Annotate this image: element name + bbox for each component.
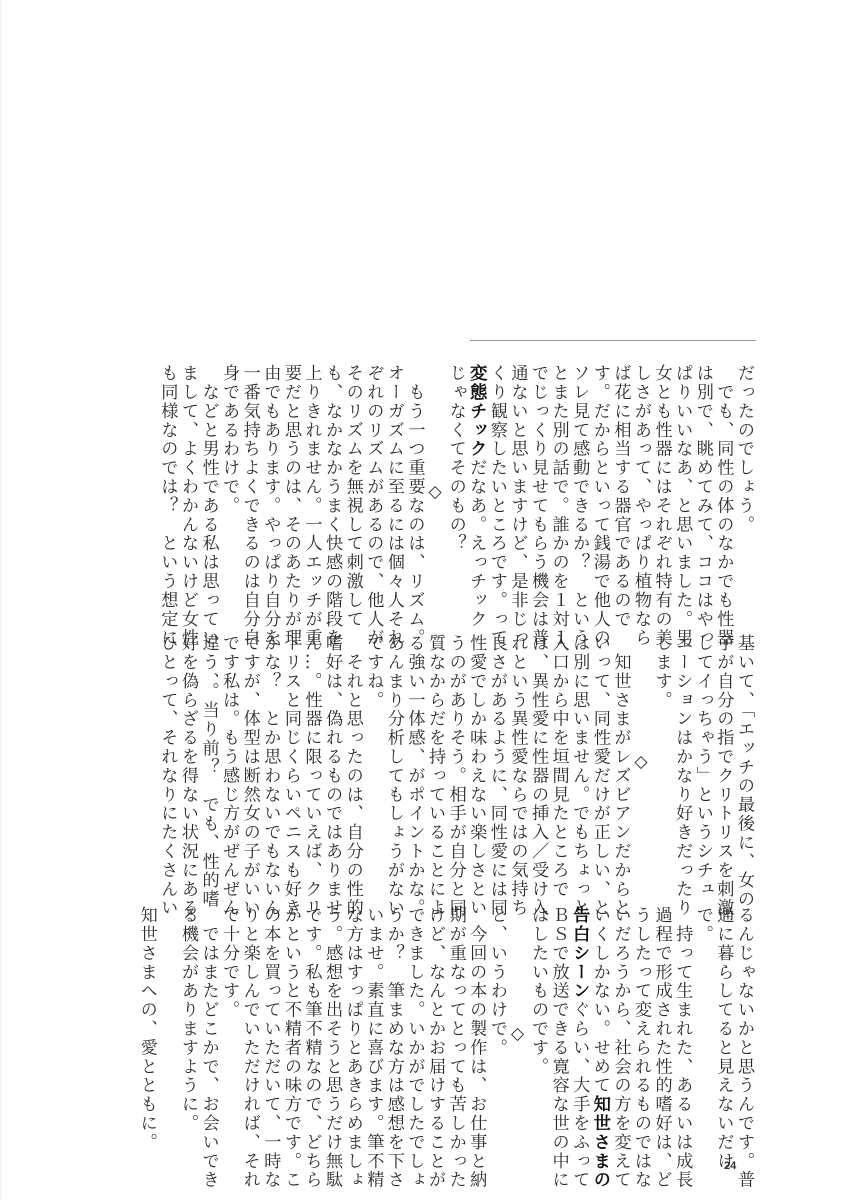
text-column: 身であるわけで。 [219,364,240,604]
column-text: 知世さまへの、愛とともに。 [137,906,157,1152]
text-column: エーションはかなり好きだったり [672,634,693,874]
text-column: 通ないと思いますけど、是非じっ [507,364,528,604]
column-text: りと楽しんでいただければ、それ [240,906,260,1190]
column-text: で十分です。 [219,906,239,1019]
text-column: とまた別の話で。誰かのを１対１ [548,364,569,604]
text-column: 告白シーンぐらい、大手をふって [569,906,590,1146]
text-column: 子が自分の指でクリトリスを刺激 [713,634,734,874]
column-text: できました。いかがでしたでしょ [405,906,425,1190]
text-column: は別に思いません。でもちょっと [569,634,590,874]
text-column: まして、よくわかんないけど女性 [177,364,198,604]
column-text: も、なかなかうまく快感の階段を [322,364,342,648]
column-text: します。 [652,634,672,710]
text-column: 期が重なってとっても苦しかった [445,906,466,1146]
page-number: 24 [724,1160,736,1172]
column-text: ですね。 [363,634,383,710]
column-text: くり観察したいところです。って [487,364,507,648]
text-column: けど、なんとかお届けすることが [425,906,446,1146]
text-column: う。感想を出そうと思うだけ無駄 [322,906,343,1146]
column-text: る機会がありますように。 [178,906,198,1133]
text-column: オーガズムに至るには個々人それ [383,364,404,604]
text-column: ですが、体型は断然女の子がいい [239,634,260,874]
text-column: 良さがあるように、同性愛には同 [486,634,507,874]
column-text: ひとって、それなりにたくさんい [157,634,177,918]
text-column: はしたいものです。 [527,906,548,1146]
column-text: は別に思いません。でもちょっと [569,634,589,918]
text-column: 好を偽らざるを得ない状況にある [177,634,198,874]
column-text: 通に暮らしてると見えないだけ [713,906,733,1171]
text-column: 一番気持ちよくできるのは自分自 [239,364,260,604]
text-column: も同様なのでは？ という想定に [157,364,178,604]
text-column: 持って生まれた、あるいは成長 [672,906,693,1146]
text-column: 質なからだを持っていることによ [425,634,446,874]
text-column: いくしかない。せめて知世さまの [589,906,610,1146]
column-text: でも、同性の体のなかでも性器 [713,364,733,648]
emphasis-text: 告白シーン [569,906,589,1001]
column-text: 女とも性器にはそれぞれ特有の美 [652,364,672,648]
text-column: いって、同性愛だけが正しい、と [589,634,610,874]
text-column: あんまり分析してもしょうがない [383,634,404,874]
text-column: うしたって変えられるものではな [630,906,651,1146]
column-text: ぐらい、大手をふって [569,1001,589,1190]
column-text: 違う、。当り前？ でも、性的嗜 [199,634,219,909]
text-column: などと男性である私は思ってい [198,364,219,604]
column-text: 今回の本の製作は、お仕事と納 [466,906,486,1190]
text-column: ぞれのリズムがあるので、他人が [363,364,384,604]
text-column: できました。いかがでしたでしょ [404,906,425,1146]
section-divider-diamond: ◇ [425,364,446,604]
text-column: 変態チックだなあ。えっチック [466,364,487,604]
text-column: 上りきれません。一人エッチが重 [301,364,322,604]
text-block-2: 基いて、「エッチの最後に、女の子が自分の指でクリトリスを刺激してイっちゃう」とい… [157,634,754,874]
column-text: 通ないと思いますけど、是非じっ [507,364,527,648]
column-text: トリスと同じくらいペニスも好き [281,634,301,918]
text-column: そのリズムを無視して刺激して [342,364,363,604]
text-column: ひとって、それなりにたくさんい [157,634,178,874]
column-text: 上りきれません。一人エッチが重 [302,364,322,648]
column-text: じゃなくてそのもの？ [446,364,466,553]
column-text: 嗜好は、偽れるものではありませ [322,634,342,918]
column-text: 質なからだを持っていることによ [425,634,445,918]
text-column: もう一つ重要なのは、リズム。 [404,364,425,604]
text-column: 今回の本の製作は、お仕事と納 [466,906,487,1146]
column-text: かな？ とか思わないでもないん [260,634,280,918]
text-column: も、なかなかうまく快感の階段を [322,364,343,604]
text-column: うのがありそう。相手が自分と同 [445,634,466,874]
column-text: などと男性である私は思ってい [199,364,219,648]
text-column: と、いうわけで。 [486,906,507,1146]
column-text: だったのでしょう。 [734,364,754,534]
text-column: な方はすっぱりとあきらめましょ [342,906,363,1146]
column-text: る強い一体感、がポイントかな。 [405,634,425,918]
text-column: ですね。 [363,634,384,874]
column-text: ぱりいいなあ、と思いました。男 [672,364,692,648]
column-text: ではまたどこかで、お会いでき [199,906,219,1190]
column-text: れという異性愛ならではの気持ち [507,634,527,918]
text-column: れという異性愛ならではの気持ち [507,634,528,874]
column-text: 入口から中を垣間見たところで [549,634,569,899]
text-column: 性愛でしか味わえない楽しさとい [466,634,487,874]
text-column: 通に暮らしてると見えないだけ [713,906,734,1146]
text-column: 基いて、「エッチの最後に、女の [733,634,754,874]
column-text: 期が重なってとっても苦しかった [446,906,466,1190]
column-text: 持って生まれた、あるいは成長 [672,906,692,1190]
section-divider-diamond: ◇ [507,906,528,1146]
column-text: ですが、体型は断然女の子がいい [240,634,260,918]
column-text: るんじゃないかと思うんです。普 [734,906,754,1190]
column-text: けど、なんとかお届けすることが [425,906,445,1190]
column-text: いだろうから、社会の方を変えて [610,906,630,1190]
text-column: くり観察したいところです。って [486,364,507,604]
emphasis-text: 変態チック [466,364,486,459]
text-column: してイっちゃう」というシチュ [692,634,713,874]
column-text: ＢＳで放送できる寛容な世の中に [549,906,569,1190]
column-text: ば花に相当する器官であるので [610,364,630,629]
column-text: の本を買っていただいて、一時な [260,906,280,1190]
column-text: いって、同性愛だけが正しい、と [590,634,610,918]
text-column: 知世さまがレズビアンだからと [610,634,631,874]
column-text: だなあ。えっチック [466,459,486,629]
text-column: 要だと思うのは、そのあたりが理 [280,364,301,604]
column-text: ん…。性器に限っていえば、クリ [302,634,322,918]
column-text: す。だからといって銭湯で他人の [590,364,610,648]
column-text: はしたいものです。 [528,906,548,1076]
column-text: してイっちゃう」というシチュ [693,634,713,899]
column-text: 基いて、「エッチの最後に、女の [734,634,754,909]
text-column: ではまたどこかで、お会いでき [198,906,219,1146]
top-rule-divider [470,340,756,341]
text-column: かな？ とか思わないでもないん [260,634,281,874]
text-column: でじっくり見せてもらう機会は普 [527,364,548,604]
text-column: 知世さまへの、愛とともに。 [136,906,157,1146]
text-column: は別で、眺めてみて、ココはやっ [692,364,713,604]
column-text: うか？ 筆まめな方は感想を下さ [384,906,404,1190]
text-column: いだろうから、社会の方を変えて [610,906,631,1146]
text-column: 嗜好は、偽れるものではありませ [322,634,343,874]
section-divider-diamond: ◇ [630,634,651,874]
text-column: トリスと同じくらいペニスも好き [280,634,301,874]
text-column [157,906,178,1146]
text-column: しさがあって、やっぱり植物なら [630,364,651,604]
text-column: る機会がありますように。 [177,906,198,1146]
column-text: かというと不精者の味方です。こ [281,906,301,1190]
text-column: です私は。もう感じ方がぜんぜん [219,634,240,874]
column-text: でじっくり見せてもらう機会は普 [528,364,548,648]
column-text: それと思ったのは、自分の性的 [343,634,363,918]
column-text: ぞれのリズムがあるので、他人が [363,364,383,648]
text-column: じゃなくてそのもの？ [445,364,466,604]
column-text: 過程で形成された性的嗜好は、ど [652,906,672,1190]
text-column: ソレ見て感動できるか？ という [569,364,590,604]
column-text: 要だと思うのは、そのあたりが理 [281,364,301,648]
column-text: 身であるわけで。 [219,364,239,515]
text-column: します。 [651,634,672,874]
text-column: ば花に相当する器官であるので [610,364,631,604]
column-text: う。感想を出そうと思うだけ無駄 [322,906,342,1190]
text-column: る強い一体感、がポイントかな。 [404,634,425,874]
text-column: ＢＳで放送できる寛容な世の中に [548,906,569,1146]
text-column: いませ。素直に喜びます。筆不精 [363,906,384,1146]
text-column: 女とも性器にはそれぞれ特有の美 [651,364,672,604]
text-column: りと楽しんでいただければ、それ [239,906,260,1146]
text-column: それと思ったのは、自分の性的 [342,634,363,874]
text-block-3: るんじゃないかと思うんです。普通に暮らしてると見えないだけで。 持って生まれた、… [136,906,754,1146]
text-block-1: だったのでしょう。 でも、同性の体のなかでも性器は別で、眺めてみて、ココはやっぱ… [157,364,754,604]
text-column: るんじゃないかと思うんです。普 [733,906,754,1146]
column-text: いませ。素直に喜びます。筆不精 [363,906,383,1190]
column-text: オーガズムに至るには個々人それ [384,364,404,648]
column-text: と、いうわけで。 [487,906,507,1057]
column-text: エーションはかなり好きだったり [672,634,692,918]
text-column: です。私も筆不精なので、どちら [301,906,322,1146]
column-text: です。私も筆不精なので、どちら [302,906,322,1190]
column-text: 一番気持ちよくできるのは自分自 [240,364,260,648]
column-text: です私は。もう感じ方がぜんぜん [219,634,239,918]
text-column: うか？ 筆まめな方は感想を下さ [383,906,404,1146]
text-column: ん…。性器に限っていえば、クリ [301,634,322,874]
column-text: 知世さまがレズビアンだからと [610,634,630,918]
column-text: ソレ見て感動できるか？ という [569,364,589,648]
column-text: は別で、眺めてみて、ココはやっ [693,364,713,648]
text-column: だったのでしょう。 [733,364,754,604]
column-text: もう一つ重要なのは、リズム。 [405,364,425,648]
column-text: 性愛でしか味わえない楽しさとい [466,634,486,918]
text-column: の本を買っていただいて、一時な [260,906,281,1146]
column-text: 由でもあります。やっぱり自分を [260,364,280,648]
column-text: とまた別の話で。誰かのを１対１ [549,364,569,648]
column-text: そのリズムを無視して刺激して [343,364,363,629]
column-text: 子が自分の指でクリトリスを刺激 [713,634,733,918]
text-column: かというと不精者の味方です。こ [280,906,301,1146]
emphasis-text: 知世さまの [590,1095,610,1190]
column-text: で。 [693,906,713,944]
text-column: で十分です。 [219,906,240,1146]
text-column: 過程で形成された性的嗜好は、ど [651,906,672,1146]
column-text: あんまり分析してもしょうがない [384,634,404,918]
text-column: 入口から中を垣間見たところで [548,634,569,874]
text-column: 由でもあります。やっぱり自分を [260,364,281,604]
text-column: でも、同性の体のなかでも性器 [713,364,734,604]
text-column: ぱりいいなあ、と思いました。男 [672,364,693,604]
column-text: うしたって変えられるものではな [631,906,651,1190]
column-text: いくしかない。せめて [590,906,610,1095]
text-column: で。 [692,906,713,1146]
column-text: 好を偽らざるを得ない状況にある [178,634,198,918]
text-column: 違う、。当り前？ でも、性的嗜 [198,634,219,874]
column-text: な方はすっぱりとあきらめましょ [343,906,363,1190]
column-text: まして、よくわかんないけど女性 [178,364,198,648]
column-text: も同様なのでは？ という想定に [157,364,177,648]
page-edge-shadow [0,0,3,1200]
column-text: しさがあって、やっぱり植物なら [631,364,651,648]
text-column: す。だからといって銭湯で他人の [589,364,610,604]
column-text: 良さがあるように、同性愛には同 [487,634,507,918]
text-column: は、異性愛に性器の挿入／受け入 [527,634,548,874]
column-text: は、異性愛に性器の挿入／受け入 [528,634,548,918]
column-text: うのがありそう。相手が自分と同 [446,634,466,918]
